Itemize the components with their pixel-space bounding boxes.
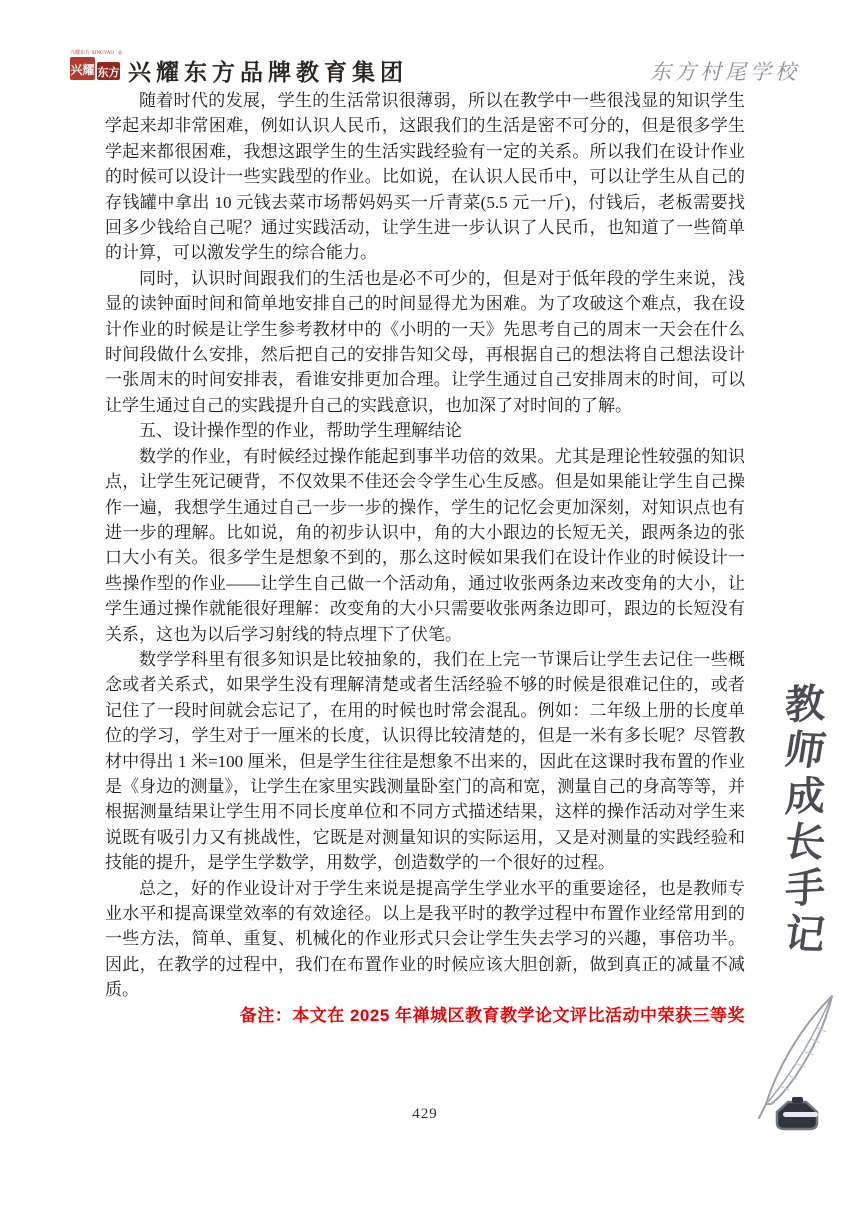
paragraph-1: 随着时代的发展，学生的生活常识很薄弱，所以在教学中一些很浅显的知识学生学起来却非… xyxy=(105,88,745,266)
document-page: 兴耀东方 XINGYAO 兴耀 东方 ® 兴耀东方品牌教育集团 东方村尾学校 随… xyxy=(0,0,850,1205)
vertical-title-char: 教 xyxy=(780,680,830,730)
paragraph-4: 数学学科里有很多知识是比较抽象的，我们在上完一节课后让学生去记住一些概念或者关系… xyxy=(105,647,745,876)
page-header: 兴耀东方 XINGYAO 兴耀 东方 ® 兴耀东方品牌教育集团 东方村尾学校 xyxy=(70,46,800,92)
paragraph-5: 总之，好的作业设计对于学生来说是提高学生学业水平的重要途径，也是教师专业水平和提… xyxy=(105,876,745,1003)
vertical-margin-title: 教 师 成 长 手 记 xyxy=(780,682,830,958)
vertical-title-char: 手 xyxy=(779,865,831,914)
logo-seal-right-text: 东方 xyxy=(98,65,120,79)
logo-micro-text: 兴耀东方 XINGYAO xyxy=(70,49,114,56)
brand-seal-icon: 兴耀东方 XINGYAO 兴耀 东方 ® xyxy=(70,48,124,90)
vertical-title-char: 长 xyxy=(776,819,835,868)
company-name: 兴耀东方品牌教育集团 xyxy=(128,54,408,87)
logo-seal-left-text: 兴耀 xyxy=(70,62,94,77)
school-name: 东方村尾学校 xyxy=(650,56,800,86)
award-note: 备注：本文在 2025 年禅城区教育教学论文评比活动中荣获三等奖 xyxy=(105,1003,745,1028)
vertical-title-char: 记 xyxy=(777,911,833,959)
page-number: 429 xyxy=(0,1106,850,1123)
article-body: 随着时代的发展，学生的生活常识很薄弱，所以在教学中一些很浅显的知识学生学起来却非… xyxy=(105,88,745,1028)
registered-mark: ® xyxy=(118,50,123,57)
vertical-title-char: 成 xyxy=(779,773,831,821)
section-heading: 五、设计操作型的作业，帮助学生理解结论 xyxy=(105,418,745,443)
vertical-title-char: 师 xyxy=(776,727,833,775)
paragraph-2: 同时，认识时间跟我们的生活也是必不可少的，但是对于低年段的学生来说，浅显的读钟面… xyxy=(105,266,745,418)
paragraph-3: 数学的作业，有时候经过操作能起到事半功倍的效果。尤其是理论性较强的知识点，让学生… xyxy=(105,444,745,647)
